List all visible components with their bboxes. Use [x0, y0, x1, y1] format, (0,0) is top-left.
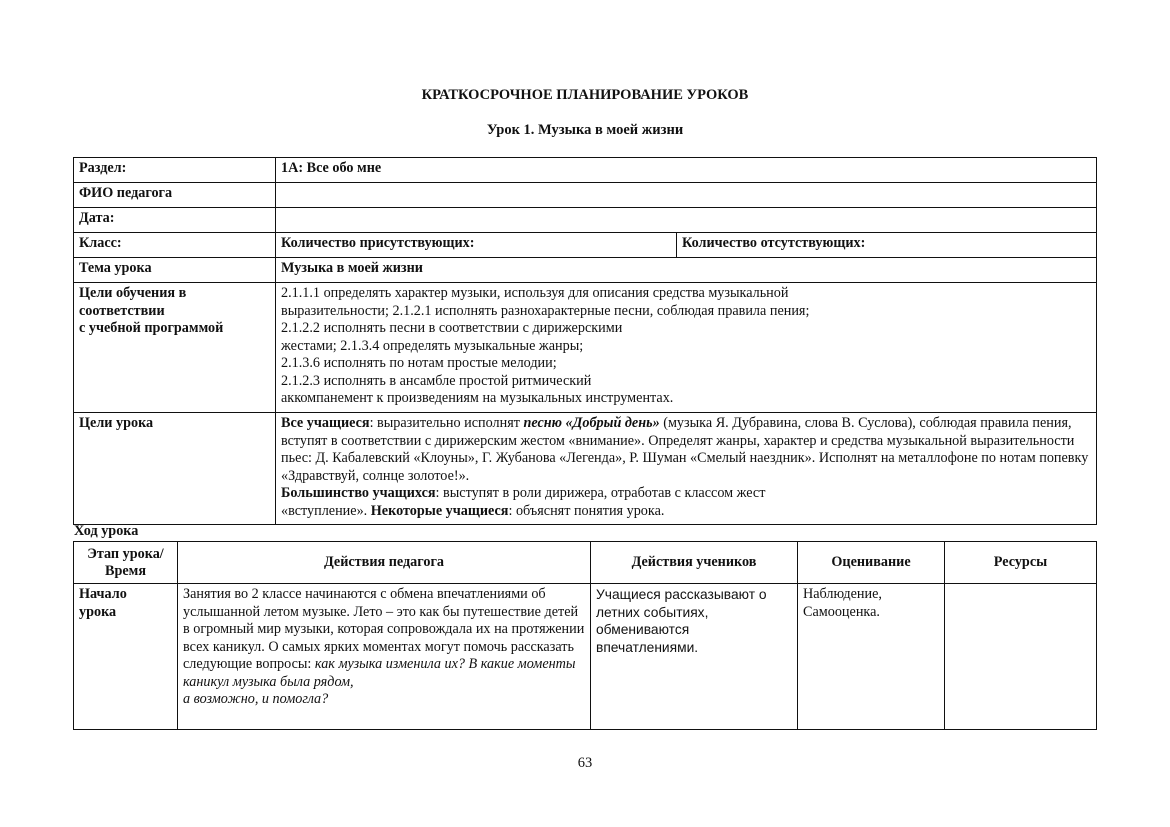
learning-goal-line: аккомпанемент к произведениям на музыкал…: [281, 390, 1091, 408]
column-header-resources: Ресурсы: [945, 542, 1097, 584]
section-row: Раздел: 1А: Все обо мне: [74, 158, 1097, 183]
column-header-student-actions: Действия учеников: [591, 542, 798, 584]
learning-goal-line: 2.1.3.6 исполнять по нотам простые мелод…: [281, 355, 1091, 373]
lesson-meta-table: Раздел: 1А: Все обо мне ФИО педагога Дат…: [73, 157, 1097, 525]
most-students-text-cont: «вступление».: [281, 503, 371, 519]
student-actions-cell: Учащиеся рассказывают о летних событиях,…: [591, 584, 798, 730]
some-students-text: : объяснят понятия урока.: [508, 503, 664, 519]
section-label: Раздел:: [74, 158, 276, 183]
stage-cell: Начало урока: [74, 584, 178, 730]
teacher-questions-text-cont: а возможно, и помогла?: [183, 691, 328, 707]
teacher-row: ФИО педагога: [74, 183, 1097, 208]
most-students-text: : выступят в роли дирижера, отработав с …: [436, 485, 766, 501]
assessment-line: Самооценка.: [803, 604, 939, 622]
song-title: песню «Добрый день»: [523, 415, 659, 431]
present-count-label: Количество присутствующих:: [276, 233, 677, 258]
most-students-label: Большинство учащихся: [281, 485, 436, 501]
page-number: 63: [0, 755, 1170, 772]
all-students-label: Все учащиеся: [281, 415, 370, 431]
learning-goal-line: выразительности; 2.1.2.1 исполнять разно…: [281, 303, 1091, 321]
learning-goals-label: Цели обучения в соответствии с учебной п…: [74, 283, 276, 413]
some-students-label: Некоторые учащиеся: [371, 503, 509, 519]
learning-goal-line: 2.1.2.3 исполнять в ансамбле простой рит…: [281, 373, 1091, 391]
lesson-plan-table: Этап урока/ Время Действия педагога Дейс…: [73, 541, 1097, 730]
table-row: Начало урока Занятия во 2 классе начинаю…: [74, 584, 1097, 730]
teacher-label: ФИО педагога: [74, 183, 276, 208]
column-header-stage: Этап урока/ Время: [74, 542, 178, 584]
absent-count-label: Количество отсутствующих:: [677, 233, 1097, 258]
date-label: Дата:: [74, 208, 276, 233]
topic-value: Музыка в моей жизни: [276, 258, 1097, 283]
student-actions-line: впечатлениями.: [596, 639, 792, 657]
topic-label: Тема урока: [74, 258, 276, 283]
topic-row: Тема урока Музыка в моей жизни: [74, 258, 1097, 283]
student-actions-line: Учащиеся рассказывают о: [596, 586, 792, 604]
resources-cell: [945, 584, 1097, 730]
learning-goal-line: 2.1.1.1 определять характер музыки, испо…: [281, 285, 1091, 303]
document-title: КРАТКОСРОЧНОЕ ПЛАНИРОВАНИЕ УРОКОВ: [0, 87, 1170, 104]
stage-line: Начало: [79, 586, 172, 604]
date-value: [276, 208, 1097, 233]
learning-goals-label-line: Цели обучения в: [79, 285, 270, 303]
column-header-assessment: Оценивание: [798, 542, 945, 584]
learning-goals-value: 2.1.1.1 определять характер музыки, испо…: [276, 283, 1097, 413]
student-actions-line: обмениваются: [596, 621, 792, 639]
column-header-teacher-actions: Действия педагога: [178, 542, 591, 584]
lesson-plan-header: Этап урока/ Время Действия педагога Дейс…: [74, 542, 1097, 584]
all-students-text: : выразительно исполнят: [370, 415, 524, 431]
learning-goal-line: жестами; 2.1.3.4 определять музыкальные …: [281, 338, 1091, 356]
learning-goal-line: 2.1.2.2 исполнять песни в соответствии с…: [281, 320, 1091, 338]
student-actions-line: летних событиях,: [596, 604, 792, 622]
lesson-goals-label: Цели урока: [74, 413, 276, 525]
lesson-subtitle: Урок 1. Музыка в моей жизни: [0, 122, 1170, 139]
lesson-goals-row: Цели урока Все учащиеся: выразительно ис…: [74, 413, 1097, 525]
lesson-goals-value: Все учащиеся: выразительно исполнят песн…: [276, 413, 1097, 525]
assessment-line: Наблюдение,: [803, 586, 939, 604]
learning-goals-label-line: с учебной программой: [79, 320, 270, 338]
section-value: 1А: Все обо мне: [276, 158, 1097, 183]
assessment-cell: Наблюдение, Самооценка.: [798, 584, 945, 730]
stage-line: урока: [79, 604, 172, 622]
class-label: Класс:: [74, 233, 276, 258]
teacher-value: [276, 183, 1097, 208]
learning-goals-label-line: соответствии: [79, 303, 270, 321]
teacher-actions-cell: Занятия во 2 классе начинаются с обмена …: [178, 584, 591, 730]
lesson-progress-heading: Ход урока: [74, 523, 138, 540]
class-row: Класс: Количество присутствующих: Количе…: [74, 233, 1097, 258]
learning-goals-row: Цели обучения в соответствии с учебной п…: [74, 283, 1097, 413]
date-row: Дата:: [74, 208, 1097, 233]
